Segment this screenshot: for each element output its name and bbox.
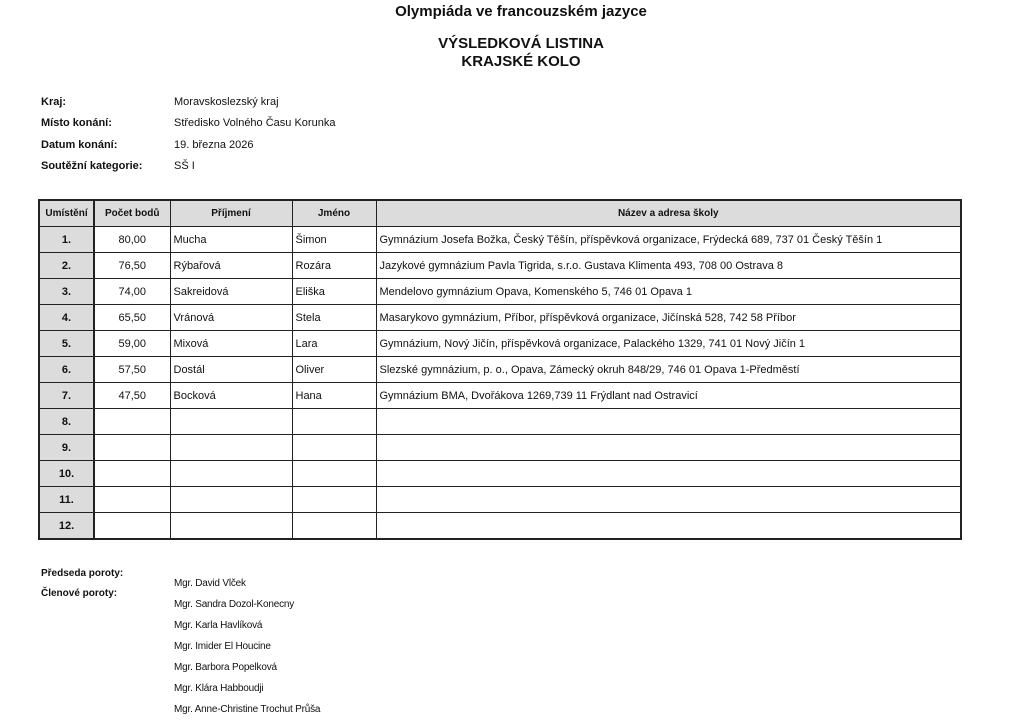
points-cell: 59,00 (94, 331, 170, 357)
jury-members-label: Členové poroty: (41, 588, 117, 599)
surname-cell: Dostál (170, 357, 292, 383)
name-cell: Šimon (292, 227, 376, 253)
points-cell (94, 513, 170, 540)
column-header-name: Jméno (292, 200, 376, 227)
document-subtitle-results: VÝSLEDKOVÁ LISTINA (9, 35, 1024, 52)
column-header-rank: Umístění (39, 200, 94, 227)
points-cell (94, 487, 170, 513)
name-cell: Rozára (292, 253, 376, 279)
meta-label: Datum konání: (41, 139, 174, 151)
rank-cell: 7. (39, 383, 94, 409)
surname-cell: Bocková (170, 383, 292, 409)
jury-member-name: Mgr. Barbora Popelková (174, 657, 320, 678)
surname-cell: Sakreidová (170, 279, 292, 305)
school-cell (376, 513, 961, 540)
points-cell: 74,00 (94, 279, 170, 305)
name-cell: Oliver (292, 357, 376, 383)
name-cell (292, 513, 376, 540)
points-cell: 80,00 (94, 227, 170, 253)
rank-cell: 9. (39, 435, 94, 461)
name-cell (292, 435, 376, 461)
table-row: 12. (39, 513, 961, 540)
results-body: 1.80,00MuchaŠimonGymnázium Josefa Božka,… (39, 227, 961, 540)
table-row: 1.80,00MuchaŠimonGymnázium Josefa Božka,… (39, 227, 961, 253)
table-row: 11. (39, 487, 961, 513)
jury-chair-name: Mgr. David Vlček (174, 573, 320, 594)
school-cell: Masarykovo gymnázium, Příbor, příspěvkov… (376, 305, 961, 331)
column-header-surname: Příjmení (170, 200, 292, 227)
table-header-row: Umístění Počet bodů Příjmení Jméno Název… (39, 200, 961, 227)
results-table: Umístění Počet bodů Příjmení Jméno Název… (38, 199, 962, 540)
jury-member-name: Mgr. Sandra Dozol-Konecny (174, 594, 320, 615)
rank-cell: 5. (39, 331, 94, 357)
document-title: Olympiáda ve francouzském jazyce (9, 3, 1024, 20)
surname-cell (170, 461, 292, 487)
table-row: 5.59,00MixováLaraGymnázium, Nový Jičín, … (39, 331, 961, 357)
column-header-points: Počet bodů (94, 200, 170, 227)
rank-cell: 10. (39, 461, 94, 487)
school-cell: Gymnázium Josefa Božka, Český Těšín, pří… (376, 227, 961, 253)
rank-cell: 4. (39, 305, 94, 331)
school-cell (376, 487, 961, 513)
jury-chair-label: Předseda poroty: (41, 568, 123, 579)
table-row: 3.74,00SakreidováEliškaMendelovo gymnázi… (39, 279, 961, 305)
surname-cell (170, 513, 292, 540)
school-cell: Gymnázium, Nový Jičín, příspěvková organ… (376, 331, 961, 357)
school-cell: Slezské gymnázium, p. o., Opava, Zámecký… (376, 357, 961, 383)
table-row: 4.65,50VránováStelaMasarykovo gymnázium,… (39, 305, 961, 331)
jury-member-name: Mgr. Anne-Christine Trochut Průša (174, 699, 320, 720)
surname-cell: Rýbařová (170, 253, 292, 279)
rank-cell: 8. (39, 409, 94, 435)
rank-cell: 2. (39, 253, 94, 279)
meta-row-category: Soutěžní kategorie: SŠ I (41, 156, 335, 178)
table-row: 7.47,50BockováHanaGymnázium BMA, Dvořáko… (39, 383, 961, 409)
jury-member-name: Mgr. Karla Havlíková (174, 615, 320, 636)
column-header-school: Název a adresa školy (376, 200, 961, 227)
name-cell: Eliška (292, 279, 376, 305)
surname-cell: Mucha (170, 227, 292, 253)
school-cell (376, 461, 961, 487)
school-cell (376, 435, 961, 461)
surname-cell: Vránová (170, 305, 292, 331)
points-cell (94, 435, 170, 461)
jury-member-name: Mgr. Imider El Houcine (174, 636, 320, 657)
jury-member-name: Mgr. Klára Habboudji (174, 678, 320, 699)
name-cell (292, 461, 376, 487)
points-cell: 65,50 (94, 305, 170, 331)
jury-names-list: Mgr. David VlčekMgr. Sandra Dozol-Konecn… (174, 573, 320, 720)
document-subtitle-round: KRAJSKÉ KOLO (9, 53, 1024, 70)
school-cell (376, 409, 961, 435)
meta-label: Kraj: (41, 96, 174, 108)
meta-label: Soutěžní kategorie: (41, 160, 174, 172)
event-info: Kraj: Moravskoslezský kraj Místo konání:… (41, 91, 335, 177)
name-cell (292, 487, 376, 513)
name-cell: Stela (292, 305, 376, 331)
rank-cell: 1. (39, 227, 94, 253)
rank-cell: 3. (39, 279, 94, 305)
table-row: 10. (39, 461, 961, 487)
rank-cell: 6. (39, 357, 94, 383)
meta-row-date: Datum konání: 19. března 2026 (41, 134, 335, 156)
points-cell (94, 461, 170, 487)
table-row: 9. (39, 435, 961, 461)
rank-cell: 11. (39, 487, 94, 513)
meta-value: Moravskoslezský kraj (174, 96, 279, 108)
meta-row-venue: Místo konání: Středisko Volného Času Kor… (41, 113, 335, 135)
meta-value: 19. března 2026 (174, 139, 254, 151)
meta-value: SŠ I (174, 160, 195, 172)
surname-cell (170, 487, 292, 513)
surname-cell (170, 409, 292, 435)
rank-cell: 12. (39, 513, 94, 540)
school-cell: Jazykové gymnázium Pavla Tigrida, s.r.o.… (376, 253, 961, 279)
name-cell (292, 409, 376, 435)
points-cell: 47,50 (94, 383, 170, 409)
surname-cell (170, 435, 292, 461)
school-cell: Gymnázium BMA, Dvořákova 1269,739 11 Frý… (376, 383, 961, 409)
points-cell: 57,50 (94, 357, 170, 383)
name-cell: Lara (292, 331, 376, 357)
table-row: 2.76,50RýbařováRozáraJazykové gymnázium … (39, 253, 961, 279)
points-cell (94, 409, 170, 435)
school-cell: Mendelovo gymnázium Opava, Komenského 5,… (376, 279, 961, 305)
meta-label: Místo konání: (41, 117, 174, 129)
points-cell: 76,50 (94, 253, 170, 279)
table-row: 8. (39, 409, 961, 435)
surname-cell: Mixová (170, 331, 292, 357)
table-row: 6.57,50DostálOliverSlezské gymnázium, p.… (39, 357, 961, 383)
meta-value: Středisko Volného Času Korunka (174, 117, 335, 129)
name-cell: Hana (292, 383, 376, 409)
meta-row-region: Kraj: Moravskoslezský kraj (41, 91, 335, 113)
